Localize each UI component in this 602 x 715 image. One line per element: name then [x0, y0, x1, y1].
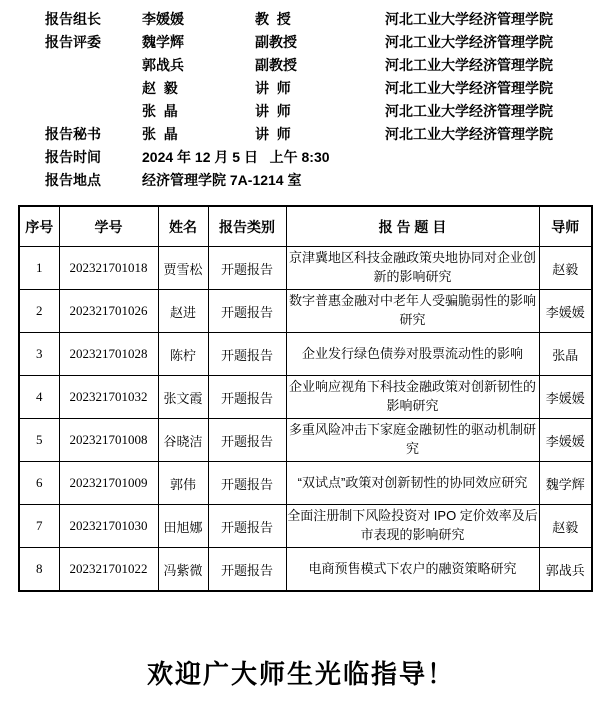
table-row: 1 202321701018 贾雪松 开题报告 京津冀地区科技金融政策央地协同对… [19, 247, 592, 290]
table-row: 8 202321701022 冯紫微 开题报告 电商预售模式下农户的融资策略研究… [19, 548, 592, 592]
person-title: 讲 师 [255, 77, 291, 100]
cell-advisor: 魏学辉 [539, 462, 592, 505]
cell-type: 开题报告 [208, 247, 286, 290]
table-row: 6 202321701009 郭伟 开题报告 “双试点”政策对创新韧性的协同效应… [19, 462, 592, 505]
table-row: 3 202321701028 陈柠 开题报告 企业发行绿色债券对股票流动性的影响… [19, 333, 592, 376]
table-row: 4 202321701032 张文霞 开题报告 企业响应视角下科技金融政策对创新… [19, 376, 592, 419]
cell-topic: 数字普惠金融对中老年人受骗脆弱性的影响研究 [286, 290, 539, 333]
info-row-committee: 郭战兵 副教授 河北工业大学经济管理学院 [0, 54, 602, 77]
col-header-type: 报告类别 [208, 206, 286, 247]
info-label: 报告地点 [45, 169, 101, 192]
cell-student-id: 202321701009 [59, 462, 158, 505]
cell-no: 5 [19, 419, 59, 462]
col-header-name: 姓名 [158, 206, 208, 247]
cell-name: 张文霞 [158, 376, 208, 419]
person-name: 张 晶 [142, 123, 178, 146]
cell-no: 2 [19, 290, 59, 333]
report-schedule-page: 报告组长 李媛媛 教 授 河北工业大学经济管理学院 报告评委 魏学辉 副教授 河… [0, 0, 602, 715]
cell-student-id: 202321701018 [59, 247, 158, 290]
info-row-committee: 张 晶 讲 师 河北工业大学经济管理学院 [0, 100, 602, 123]
cell-advisor: 赵毅 [539, 505, 592, 548]
cell-type: 开题报告 [208, 290, 286, 333]
cell-advisor: 张晶 [539, 333, 592, 376]
cell-topic: 电商预售模式下农户的融资策略研究 [286, 548, 539, 592]
report-place-value: 经济管理学院 7A-1214 室 [142, 169, 301, 192]
cell-topic: 京津冀地区科技金融政策央地协同对企业创新的影响研究 [286, 247, 539, 290]
cell-name: 赵进 [158, 290, 208, 333]
table-row: 7 202321701030 田旭娜 开题报告 全面注册制下风险投资对 IPO … [19, 505, 592, 548]
cell-name: 田旭娜 [158, 505, 208, 548]
schedule-table: 序号 学号 姓名 报告类别 报 告 题 目 导师 1 202321701018 … [18, 205, 593, 592]
cell-topic: 企业发行绿色债券对股票流动性的影响 [286, 333, 539, 376]
person-organization: 河北工业大学经济管理学院 [385, 100, 553, 123]
cell-student-id: 202321701032 [59, 376, 158, 419]
cell-no: 8 [19, 548, 59, 592]
cell-advisor: 李媛媛 [539, 376, 592, 419]
person-organization: 河北工业大学经济管理学院 [385, 8, 553, 31]
cell-advisor: 李媛媛 [539, 419, 592, 462]
person-organization: 河北工业大学经济管理学院 [385, 123, 553, 146]
person-title: 副教授 [255, 31, 297, 54]
info-row-place: 报告地点 经济管理学院 7A-1214 室 [0, 169, 602, 192]
info-row-leader: 报告组长 李媛媛 教 授 河北工业大学经济管理学院 [0, 8, 602, 31]
cell-name: 陈柠 [158, 333, 208, 376]
cell-no: 4 [19, 376, 59, 419]
cell-no: 7 [19, 505, 59, 548]
person-title: 副教授 [255, 54, 297, 77]
cell-student-id: 202321701008 [59, 419, 158, 462]
report-time-value: 2024 年 12 月 5 日 上午 8:30 [142, 146, 330, 169]
person-name: 魏学辉 [142, 31, 184, 54]
person-title: 讲 师 [255, 123, 291, 146]
info-label: 报告评委 [45, 31, 101, 54]
table-header-row: 序号 学号 姓名 报告类别 报 告 题 目 导师 [19, 206, 592, 247]
person-title: 教 授 [255, 8, 291, 31]
cell-type: 开题报告 [208, 548, 286, 592]
cell-topic: 企业响应视角下科技金融政策对创新韧性的影响研究 [286, 376, 539, 419]
person-organization: 河北工业大学经济管理学院 [385, 77, 553, 100]
col-header-topic: 报 告 题 目 [286, 206, 539, 247]
cell-type: 开题报告 [208, 505, 286, 548]
cell-topic: “双试点”政策对创新韧性的协同效应研究 [286, 462, 539, 505]
person-name: 郭战兵 [142, 54, 184, 77]
person-organization: 河北工业大学经济管理学院 [385, 54, 553, 77]
cell-name: 郭伟 [158, 462, 208, 505]
person-name: 张 晶 [142, 100, 178, 123]
cell-advisor: 赵毅 [539, 247, 592, 290]
person-name: 赵 毅 [142, 77, 178, 100]
person-title: 讲 师 [255, 100, 291, 123]
cell-student-id: 202321701030 [59, 505, 158, 548]
info-label: 报告时间 [45, 146, 101, 169]
person-organization: 河北工业大学经济管理学院 [385, 31, 553, 54]
info-row-secretary: 报告秘书 张 晶 讲 师 河北工业大学经济管理学院 [0, 123, 602, 146]
info-row-committee: 报告评委 魏学辉 副教授 河北工业大学经济管理学院 [0, 31, 602, 54]
col-header-no: 序号 [19, 206, 59, 247]
info-label: 报告秘书 [45, 123, 101, 146]
cell-advisor: 李媛媛 [539, 290, 592, 333]
cell-student-id: 202321701028 [59, 333, 158, 376]
header-info: 报告组长 李媛媛 教 授 河北工业大学经济管理学院 报告评委 魏学辉 副教授 河… [0, 0, 602, 192]
cell-topic: 多重风险冲击下家庭金融韧性的驱动机制研究 [286, 419, 539, 462]
cell-no: 1 [19, 247, 59, 290]
cell-no: 6 [19, 462, 59, 505]
cell-type: 开题报告 [208, 376, 286, 419]
cell-type: 开题报告 [208, 333, 286, 376]
info-row-committee: 赵 毅 讲 师 河北工业大学经济管理学院 [0, 77, 602, 100]
cell-name: 谷晓洁 [158, 419, 208, 462]
cell-type: 开题报告 [208, 419, 286, 462]
table-row: 2 202321701026 赵进 开题报告 数字普惠金融对中老年人受骗脆弱性的… [19, 290, 592, 333]
cell-name: 贾雪松 [158, 247, 208, 290]
cell-no: 3 [19, 333, 59, 376]
person-name: 李媛媛 [142, 8, 184, 31]
cell-student-id: 202321701026 [59, 290, 158, 333]
cell-student-id: 202321701022 [59, 548, 158, 592]
cell-advisor: 郭战兵 [539, 548, 592, 592]
info-row-time: 报告时间 2024 年 12 月 5 日 上午 8:30 [0, 146, 602, 169]
cell-name: 冯紫微 [158, 548, 208, 592]
col-header-student-id: 学号 [59, 206, 158, 247]
cell-topic: 全面注册制下风险投资对 IPO 定价效率及后市表现的影响研究 [286, 505, 539, 548]
table-row: 5 202321701008 谷晓洁 开题报告 多重风险冲击下家庭金融韧性的驱动… [19, 419, 592, 462]
col-header-advisor: 导师 [539, 206, 592, 247]
info-label: 报告组长 [45, 8, 101, 31]
cell-type: 开题报告 [208, 462, 286, 505]
welcome-message: 欢迎广大师生光临指导！ [0, 654, 602, 691]
